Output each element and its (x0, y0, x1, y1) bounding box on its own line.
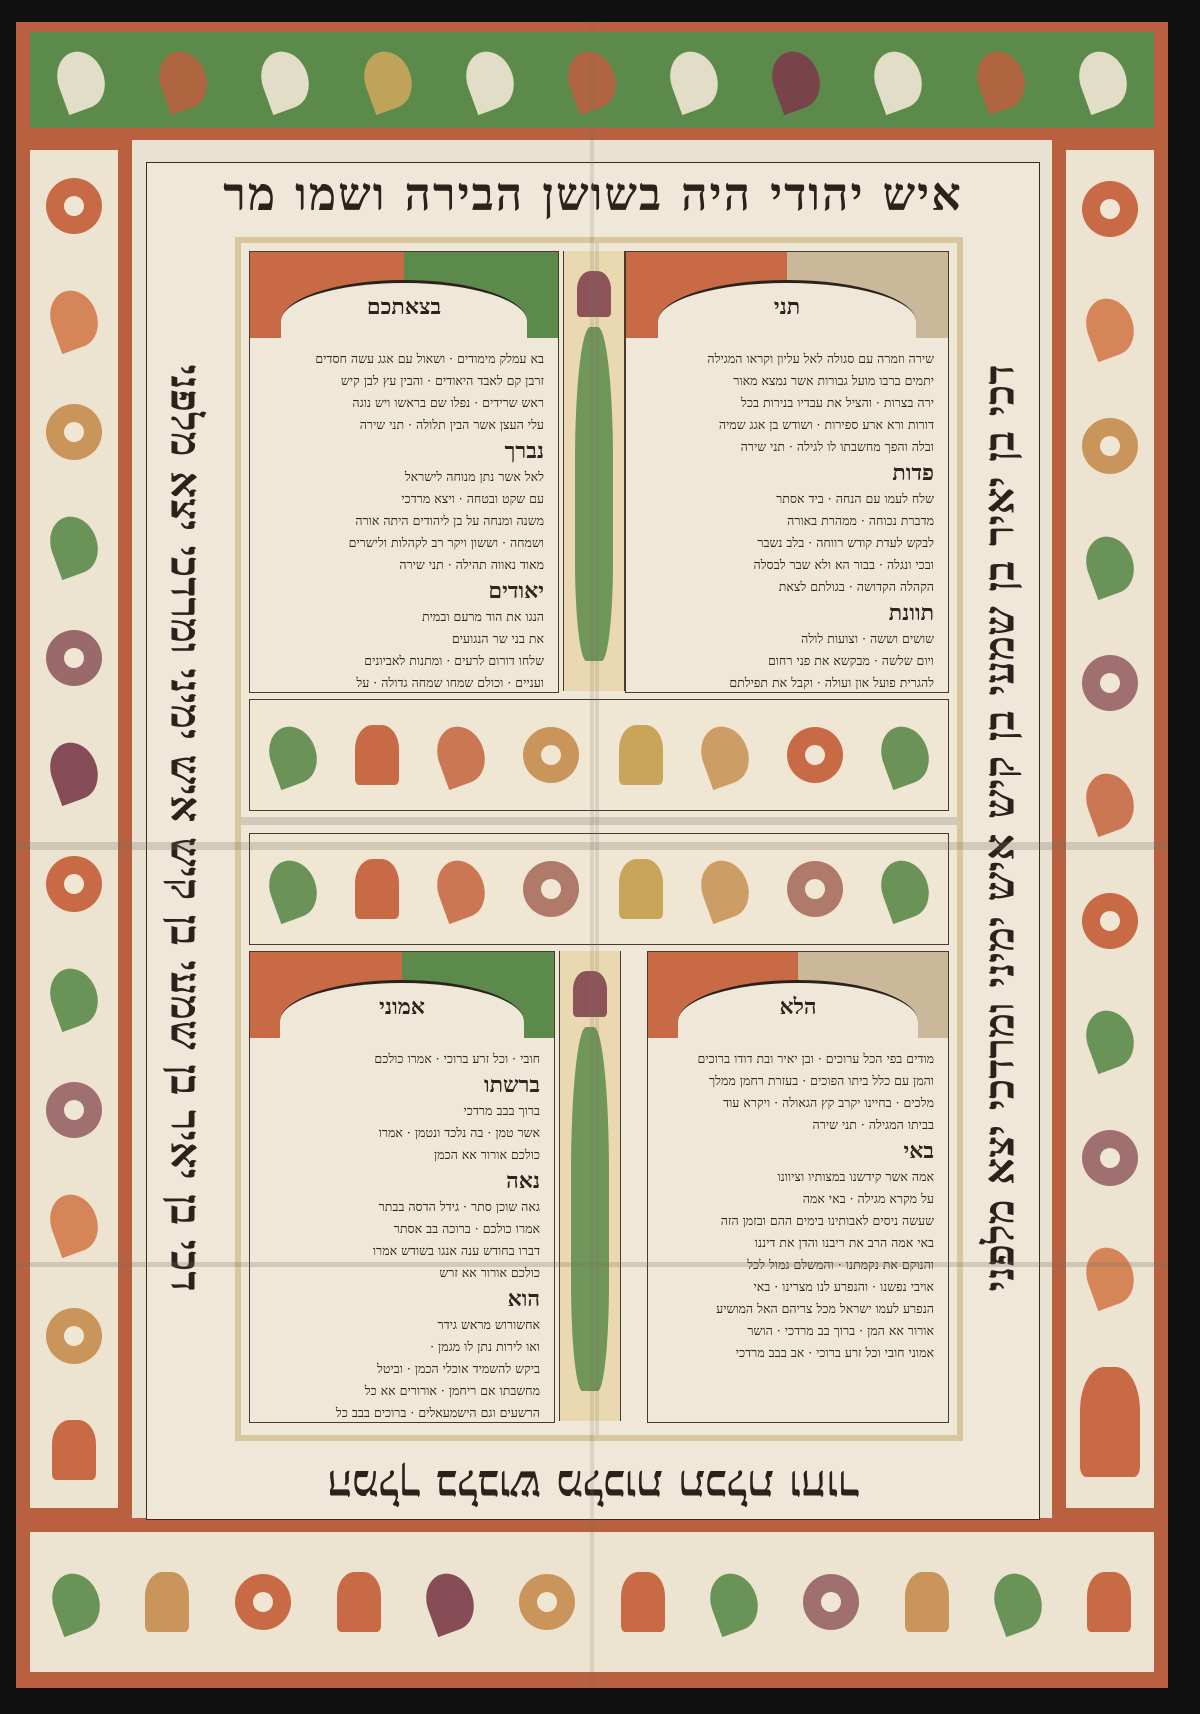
leaf-icon (261, 854, 324, 924)
panel-line: כולכם אורור אא הכמן (264, 1144, 540, 1166)
panel-line: מאוד נאווה תהילה · תני שירה (264, 554, 544, 576)
panel-line: ראש שרידים · נפלו שם בראשו ויש נוגה (264, 392, 544, 414)
panel-title: אמוני (250, 994, 554, 1020)
panel-line: באי אמה הרב את ריבנו והדן את דיננו (662, 1232, 934, 1254)
panel-line: ירה בצרות · והציל את עבדיו בנירות בכל (640, 392, 934, 414)
panel-line: שלחו דורום לרעים · ומתנות לאביונים (264, 650, 544, 672)
rosette-flower-icon (1082, 418, 1138, 474)
panel-line: ויום שלשה · מבקשא את פני רחום (640, 650, 934, 672)
broadside-sheet: איש יהודי היה בשושן הבירה ושמו מר דכי בן… (16, 22, 1168, 1688)
leaf-icon (986, 1567, 1049, 1637)
leaf-icon (42, 962, 105, 1032)
right-ornament-band (1052, 140, 1168, 1518)
panel-line: על מקרא מגילה · באי אמה (662, 1188, 934, 1210)
acanthus-scroll-icon (1071, 45, 1134, 115)
leaf-icon (261, 720, 324, 790)
panel-line: אשר טמן · בה נלכד ונטמן · אמרו (264, 1122, 540, 1144)
panel-body: מודים בפי הכל ערוכים · ובן יאיר ובת דודו… (662, 1048, 934, 1412)
rosette-flower-icon (235, 1574, 291, 1630)
panel-title: הלא (648, 994, 948, 1020)
acanthus-scroll-icon (152, 45, 215, 115)
panel-line: מחשבתו אם ריחמן · אורורים אא כל (264, 1380, 540, 1402)
panel-line: יתמים ברבו מועל גבורות אשר נמצא מאור (640, 370, 934, 392)
panel-line: עם שקט ובטחה · ויצא מרדכי (264, 488, 544, 510)
panel-line: ביקש להשמיד אוכלי הכמן · וביטל (264, 1358, 540, 1380)
panel-keyword: תוונת (640, 598, 934, 628)
tulip-icon (577, 271, 611, 317)
acanthus-scroll-icon (458, 45, 521, 115)
left-vertical-line: דכי בן יאיר בן שמעי בן קיש איש ימיני ומר… (161, 364, 211, 1291)
paper-fold-crease (590, 22, 594, 1688)
cypress-stem-icon (575, 327, 613, 661)
rosette-flower-icon (787, 861, 843, 917)
tulip-bell-icon (145, 1572, 189, 1632)
tulip-leaf-icon (42, 1188, 105, 1258)
middle-floral-frieze-upper (249, 699, 949, 811)
panel-line: אמרו כולכם · ברוכה בב אסתר (264, 1218, 540, 1240)
panel-line: עלי העצן אשר הבין תלולה · תני שירה (264, 414, 544, 436)
panel-keyword: ברשתו (264, 1070, 540, 1100)
panel-line: הרשעים וגם הישמעאלים · ברוכים בבב כל (264, 1402, 540, 1423)
vase-icon (52, 1420, 96, 1480)
leaf-icon (1078, 1004, 1141, 1074)
panel-line: אויבי נפשנו · והנפרע לנו מצרינו · באי (662, 1276, 934, 1298)
rosette-flower-icon (46, 178, 102, 234)
rosette-flower-icon (1082, 893, 1138, 949)
tulip-bell-icon (1087, 1572, 1131, 1632)
panel-title: תני (626, 294, 948, 320)
panel-line: ושמחה · וששון ויקר רב לקהלות ולישרים (264, 532, 544, 554)
panel-line: שעשה ניסים לאבותינו בימים ההם ובזמן הזה (662, 1210, 934, 1232)
panel-line: גאה שוכן סתר · גידל הדסה בבתר (264, 1196, 540, 1218)
tulip-bell-icon (619, 859, 663, 919)
panel-line: שירה וזמרה עם סגולה לאל עליון וקראו המגי… (640, 348, 934, 370)
tulip-bell-icon (619, 725, 663, 785)
panel-body: בא עמלק מימודים · ושאול עם אגג עשה חסדים… (264, 348, 544, 682)
panel-line: הנגו את הוד מרעם ובמית (264, 606, 544, 628)
panel-bottom-right: הלא מודים בפי הכל ערוכים · ובן יאיר ובת … (647, 951, 949, 1423)
leaf-icon (1078, 530, 1141, 600)
panel-line: ועניים · וכולם שמחו שמחה גדולה · על (264, 672, 544, 693)
acanthus-scroll-icon (50, 45, 113, 115)
panel-body: חובי · וכל זרע ברוכי · אמרו כולכם ברשתו … (264, 1048, 540, 1412)
panel-title: בצאתכם (250, 294, 558, 320)
right-floral-column (1066, 150, 1154, 1508)
rosette-flower-icon (46, 1308, 102, 1364)
leaf-icon (418, 1567, 481, 1637)
rosette-flower-icon (46, 1082, 102, 1138)
right-vertical-text: דכי בן יאיר בן שמעי בן קיש איש ימיני ומר… (965, 233, 1035, 1423)
panel-line: את בני שר הנגועים (264, 628, 544, 650)
panel-line: חובי · וכל זרע ברוכי · אמרו כולכם (264, 1048, 540, 1070)
tulip-leaf-icon (1078, 767, 1141, 837)
panel-line: לאל אשר נתן מנוחה לישראל (264, 466, 544, 488)
leaf-icon (42, 510, 105, 580)
rosette-flower-icon (1082, 181, 1138, 237)
tulip-bell-icon (905, 1572, 949, 1632)
panel-line: מודים בפי הכל ערוכים · ובן יאיר ובת דודו… (662, 1048, 934, 1070)
leaf-icon (693, 720, 756, 790)
top-center-spine (563, 251, 625, 691)
right-vertical-line: דכי בן יאיר בן שמעי בן קיש איש ימיני ומר… (975, 364, 1025, 1291)
panel-keyword: באי (662, 1136, 934, 1166)
tulip-leaf-icon (1078, 292, 1141, 362)
rosette-flower-icon (46, 856, 102, 912)
panel-keyword: יאודים (264, 576, 544, 606)
paper-fold-crease (595, 243, 599, 1435)
rosette-flower-icon (787, 727, 843, 783)
leaf-icon (874, 720, 937, 790)
leaf-icon (430, 854, 493, 924)
rosette-flower-icon (1082, 1130, 1138, 1186)
leaf-icon (874, 854, 937, 924)
panel-line: לבקש לעדת קודש רווחה · בלב נשבר (640, 532, 934, 554)
central-panel-grid: תני שירה וזמרה עם סגולה לאל עליון וקראו … (235, 237, 963, 1441)
rosette-flower-icon (803, 1574, 859, 1630)
panel-line: בא עמלק מימודים · ושאול עם אגג עשה חסדים (264, 348, 544, 370)
panel-line: דורות ורא ארע ספירות · ושודש בן אגג שמיה (640, 414, 934, 436)
tulip-bell-icon (355, 859, 399, 919)
left-vertical-text: דכי בן יאיר בן שמעי בן קיש איש ימיני ומר… (151, 233, 221, 1423)
panel-line: להגרית פועל און ועולה · וקבל את תפילתם (640, 672, 934, 693)
panel-line: אמוני חובי וכל זרע ברוכי · אב בבב מרדכי (662, 1342, 934, 1364)
rosette-flower-icon (519, 1574, 575, 1630)
panel-line: אחשורוש מראש גידר (264, 1314, 540, 1336)
panel-line: ואו לירות נתן לו מגמן · (264, 1336, 540, 1358)
rosette-flower-icon (523, 727, 579, 783)
rosette-flower-icon (46, 404, 102, 460)
panel-body: שירה וזמרה עם סגולה לאל עליון וקראו המגי… (640, 348, 934, 682)
tulip-bell-icon (355, 725, 399, 785)
panel-line: הקהלה הקדושה · בגולתם לצאת (640, 576, 934, 598)
rosette-flower-icon (46, 630, 102, 686)
acanthus-scroll-icon (765, 45, 828, 115)
tulip-leaf-icon (42, 284, 105, 354)
panel-line: והמן עם כלל ביתו הפוכים · בעזרת רחמן ממל… (662, 1070, 934, 1092)
tulip-leaf-icon (42, 736, 105, 806)
panel-line: הנפרע לעמו ישראל מכל צריהם האל המושיע (662, 1298, 934, 1320)
panel-line: ובכי ונגלה · בבור הא ולא שבר לבסלה (640, 554, 934, 576)
panel-keyword: נאה (264, 1166, 540, 1196)
panel-line: משנה ומנחה על בן ליהודים היתה אורה (264, 510, 544, 532)
panel-line: דברו בחודש ענה אנגו בשודש אמרו (264, 1240, 540, 1262)
panel-keyword: הוא (264, 1284, 540, 1314)
left-floral-column (30, 150, 118, 1508)
leaf-icon (44, 1567, 107, 1637)
panel-line: זרבן קם לאבד היאודים · והבין עץ לבן קיש (264, 370, 544, 392)
panel-line: אורור אא המן · ברוך בב מרדכי · הושר (662, 1320, 934, 1342)
rosette-flower-icon (1082, 655, 1138, 711)
panel-bottom-left: אמוני חובי · וכל זרע ברוכי · אמרו כולכם … (249, 951, 555, 1423)
acanthus-scroll-icon (663, 45, 726, 115)
panel-line: שלח לעמו עם הנחה · ביד אסתר (640, 488, 934, 510)
panel-line: ובלה והפך מחשבתו לו לגילה · תני שירה (640, 436, 934, 458)
panel-keyword: פדות (640, 458, 934, 488)
tulip-bell-icon (337, 1572, 381, 1632)
panel-line: מלכים · בחיינו יקרב קץ הגאולה · ויקרא עו… (662, 1092, 934, 1114)
paper-fold-crease (241, 817, 957, 825)
rosette-flower-icon (523, 861, 579, 917)
leaf-icon (693, 854, 756, 924)
vase-icon (1080, 1367, 1140, 1477)
acanthus-scroll-icon (254, 45, 317, 115)
leaf-icon (430, 720, 493, 790)
panel-line: מדברת נכוחה · ממהרת באורה (640, 510, 934, 532)
tulip-leaf-icon (1078, 1241, 1141, 1311)
acanthus-scroll-icon (969, 45, 1032, 115)
tulip-bell-icon (621, 1572, 665, 1632)
panel-keyword: נברך (264, 436, 544, 466)
left-ornament-band (16, 140, 132, 1518)
acanthus-scroll-icon (867, 45, 930, 115)
leaf-icon (702, 1567, 765, 1637)
panel-line: אמה אשר קידשנו במצותיו וציוונו (662, 1166, 934, 1188)
acanthus-scroll-icon (356, 45, 419, 115)
panel-top-left: בצאתכם בא עמלק מימודים · ושאול עם אגג עש… (249, 251, 559, 693)
panel-line: בביתו המגילה · תני שירה (662, 1114, 934, 1136)
panel-line: ברוך בבב מרדכי (264, 1100, 540, 1122)
panel-top-right: תני שירה וזמרה עם סגולה לאל עליון וקראו … (625, 251, 949, 693)
panel-line: שושים וששה · וצועות לולה (640, 628, 934, 650)
